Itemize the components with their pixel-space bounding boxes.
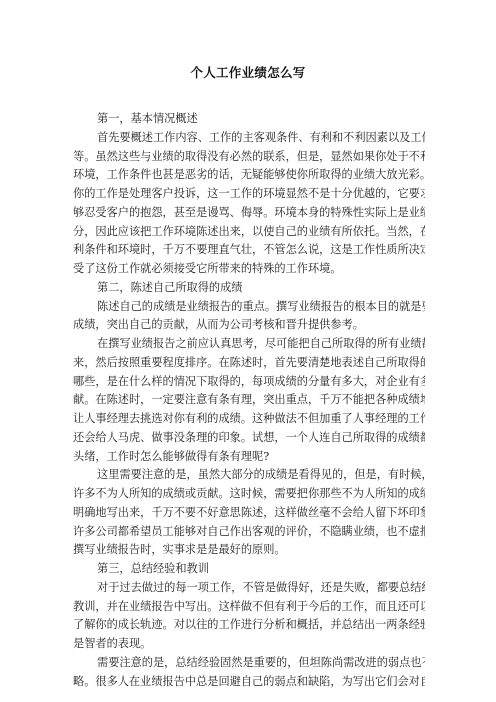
paragraph-line: 分，因此应该把工作环境陈述出来，以使自己的业绩有所依托。当然，在陈述不 bbox=[73, 223, 425, 242]
paragraph-line: 教训，并在业绩报告中写出。这样做不但有利于今后的工作，而且还可以使公司 bbox=[73, 598, 425, 617]
section-heading: 第二，陈述自己所取得的成绩 bbox=[73, 279, 425, 298]
document-page: 个人工作业绩怎么写 第一，基本情况概述首先要概述工作内容、工作的主客观条件、有利… bbox=[0, 0, 496, 702]
paragraph-line: 撰写业绩报告时，实事求是是最好的原则。 bbox=[73, 541, 425, 560]
paragraph-line: 了解你的成长轨迹。对以往的工作进行分析和概括，并总结出一两条经验和教训， bbox=[73, 616, 425, 635]
paragraph-line: 环境，工作条件也甚是恶劣的话，无疑能够使你所取得的业绩大放光彩。比如说， bbox=[73, 166, 425, 185]
paragraph-line: 来，然后按照重要程度排序。在陈述时，首先要清楚地表述自己所取得的成绩有 bbox=[73, 354, 425, 373]
paragraph-line: 让人事经理去挑选对你有利的成绩。这种做法不但加重了人事经理的工作，而且 bbox=[73, 410, 425, 429]
paragraph-line: 首先要概述工作内容、工作的主客观条件、有利和不利因素以及工作环境 bbox=[73, 129, 425, 148]
document-body: 第一，基本情况概述首先要概述工作内容、工作的主客观条件、有利和不利因素以及工作环… bbox=[73, 110, 425, 691]
paragraph-line: 对于过去做过的每一项工作，不管是做得好，还是失败，都要总结经验和 bbox=[73, 579, 425, 598]
document-title: 个人工作业绩怎么写 bbox=[0, 63, 496, 81]
paragraph-line: 在撰写业绩报告之前应认真思考，尽可能把自己所取得的所有业绩都列出 bbox=[73, 335, 425, 354]
paragraph-line: 明确地写出来，千万不要不好意思陈述，这样做丝毫不会给人留下坏印象，相反， bbox=[73, 504, 425, 523]
paragraph-line: 够忍受客户的抱怨，甚至是谩骂、侮辱。环境本身的特殊性实际上是业绩的一部 bbox=[73, 204, 425, 223]
paragraph-line: 献。在陈述时，一定要注意有条有理，突出重点，千万不能把各种成绩堆在一起， bbox=[73, 391, 425, 410]
section-heading: 第一，基本情况概述 bbox=[73, 110, 425, 129]
paragraph-line: 许多不为人所知的成绩或贡献。这时候，需要把你那些不为人所知的成绩或贡献 bbox=[73, 485, 425, 504]
paragraph-line: 受了这份工作就必须接受它所带来的特殊的工作环境。 bbox=[73, 260, 425, 279]
paragraph-line: 还会给人马虎、做事没条理的印象。试想，一个人连自己所取得的成绩都理不出 bbox=[73, 429, 425, 448]
paragraph-line: 略。很多人在业绩报告中总是回避自己的弱点和缺陷，为写出它们会对自己的形 bbox=[73, 673, 425, 692]
paragraph-line: 头绪，工作时怎么能够做得有条有理呢? bbox=[73, 448, 425, 467]
paragraph-line: 利条件和环境时，千万不要理直气壮，不管怎么说，这是工作性质所决定的，接 bbox=[73, 241, 425, 260]
paragraph-line: 需要注意的是，总结经验固然是重要的，但坦陈尚需改进的弱点也不可忽 bbox=[73, 654, 425, 673]
paragraph-line: 是智者的表现。 bbox=[73, 635, 425, 654]
paragraph-line: 陈述自己的成绩是业绩报告的重点。撰写业绩报告的根本目的就是要肯定 bbox=[73, 298, 425, 317]
section-heading: 第三，总结经验和教训 bbox=[73, 560, 425, 579]
paragraph-line: 哪些，是在什么样的情况下取得的，每项成绩的分量有多大，对企业有多大的贡 bbox=[73, 373, 425, 392]
paragraph-line: 许多公司都希望员工能够对自己作出客观的评价，不隐瞒业绩，也不虚报业绩。 bbox=[73, 523, 425, 542]
paragraph-line: 这里需要注意的是，虽然大部分的成绩是看得见的，但是，有时候，也有 bbox=[73, 466, 425, 485]
paragraph-line: 等。虽然这些与业绩的取得没有必然的联系，但是，显然如果你处于不利的工作 bbox=[73, 148, 425, 167]
paragraph-line: 成绩，突出自己的贡献，从而为公司考核和晋升提供参考。 bbox=[73, 316, 425, 335]
paragraph-line: 你的工作是处理客户投诉，这一工作的环境显然不是十分优越的，它要求员工能 bbox=[73, 185, 425, 204]
